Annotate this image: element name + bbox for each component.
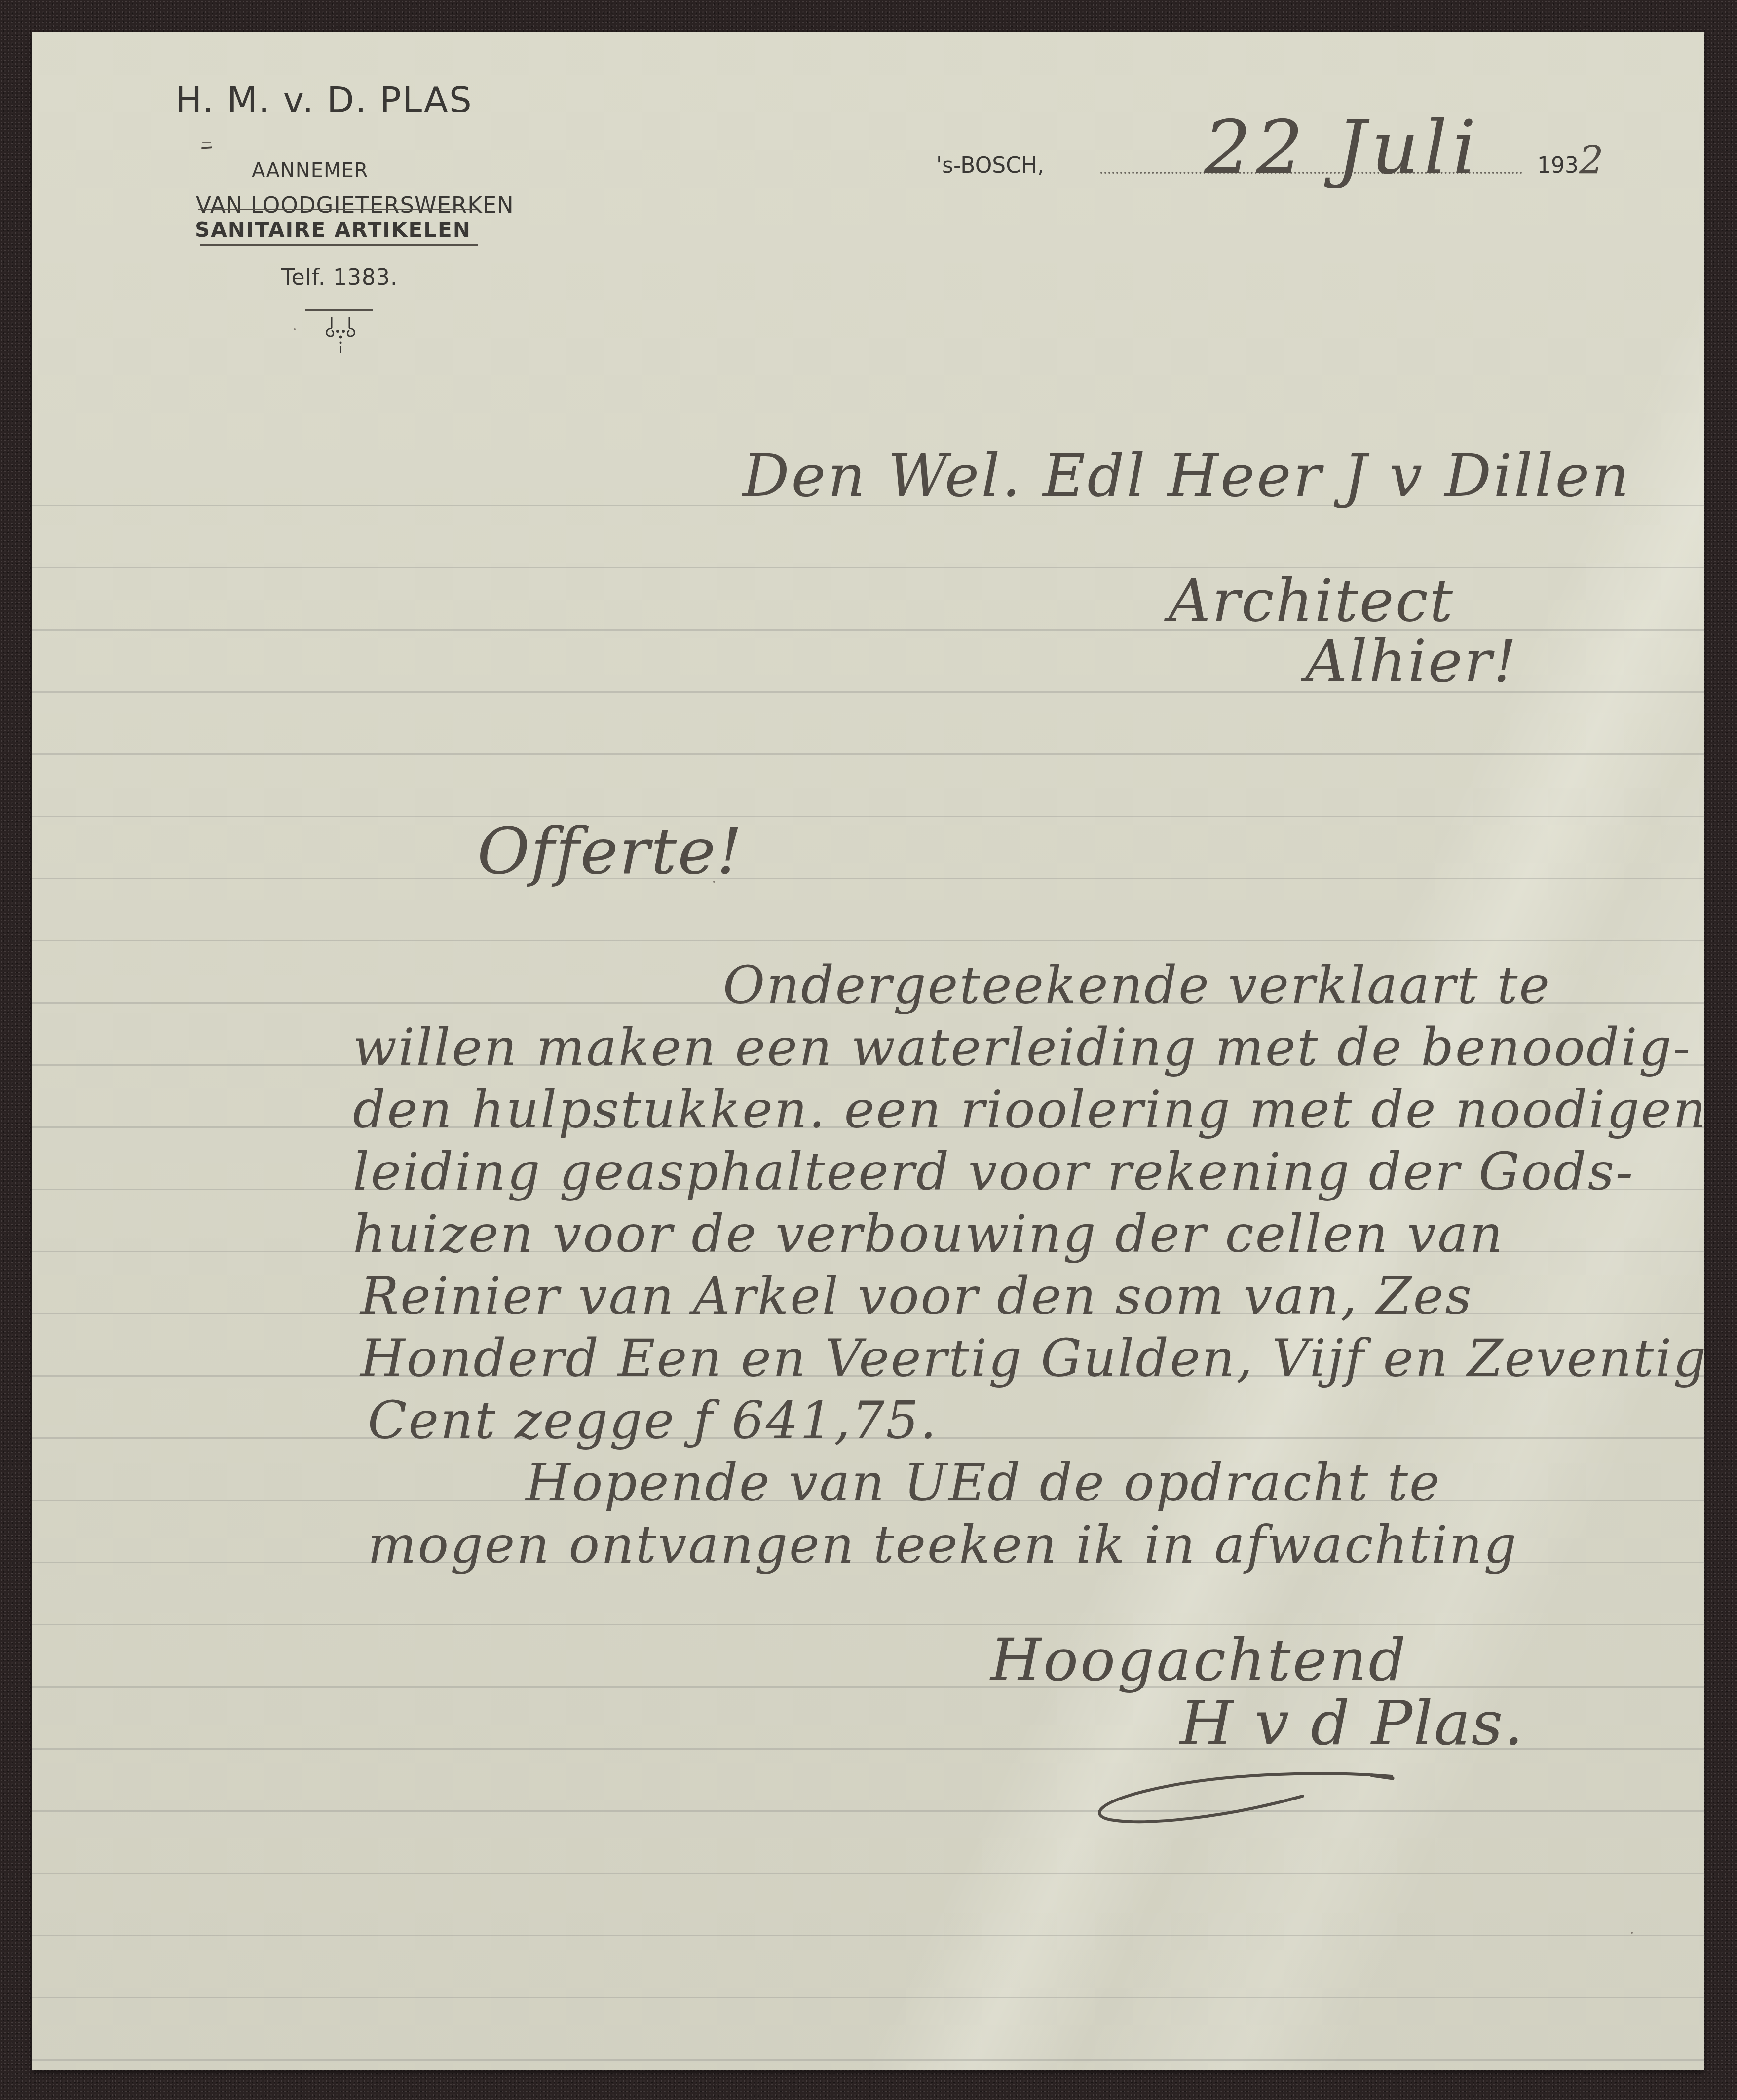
ruled-line: [32, 940, 1704, 941]
dateline-year-handwritten: 2: [1579, 142, 1604, 180]
addressee-name: Den Wel. Edl Heer J v Dillen: [743, 447, 1631, 505]
body-line: leiding geasphalteerd voor rekening der …: [353, 1146, 1634, 1198]
ornament-rule: [305, 309, 373, 311]
handwritten-date: 22 Juli: [1204, 111, 1481, 185]
ruled-line: [32, 1624, 1704, 1625]
ruled-line: [32, 2059, 1704, 2061]
body-line: Ondergeteekende verklaart te: [723, 960, 1551, 1011]
body-line: Hopende van UEd de opdracht te: [526, 1457, 1441, 1508]
paper-speck: [294, 328, 296, 330]
letterhead-specialty: SANITAIRE ARTIKELEN: [195, 218, 471, 242]
ruled-line: [32, 1997, 1704, 1998]
body-line: huizen voor de verbouwing der cellen van: [353, 1208, 1504, 1260]
signature: H v d Plas.: [1180, 1693, 1524, 1754]
body-line: den hulpstukken. een rioolering met de n…: [353, 1084, 1704, 1135]
body-line: Cent zegge ƒ 641,75.: [368, 1395, 938, 1446]
paper-speck: [713, 881, 715, 883]
dateline-year-printed: 193: [1537, 153, 1579, 178]
body-line: willen maken een waterleiding met de ben…: [353, 1022, 1692, 1073]
letterhead-name: H. M. v. D. PLAS: [175, 79, 473, 120]
ruled-line: [32, 1810, 1704, 1812]
letter-subject: Offerte!: [477, 819, 743, 883]
letterhead-rule-bottom: [200, 244, 478, 246]
letterhead-profession: AANNEMER: [252, 159, 369, 182]
ruled-line: [32, 878, 1704, 879]
ruled-line: [32, 1935, 1704, 1936]
body-line: Reinier van Arkel voor den som van, Zes: [360, 1271, 1473, 1322]
letterhead-phone: Telf. 1383.: [281, 265, 398, 290]
letter-sheet: H. M. v. D. PLAS AANNEMER VAN LOODGIETER…: [32, 32, 1704, 2070]
closing-salutation: Hoogachtend: [990, 1631, 1408, 1689]
body-line: Honderd Een en Veertig Gulden, Vijf en Z…: [360, 1333, 1704, 1384]
addressee-location: Alhier!: [1305, 632, 1518, 690]
letterhead-trade: VAN LOODGIETERSWERKEN: [196, 192, 514, 218]
letterhead-rule-top: [198, 209, 477, 210]
dateline-place: 's-BOSCH,: [936, 153, 1044, 178]
ruled-line: [32, 1873, 1704, 1874]
signature-flourish-icon: [1076, 1762, 1431, 1836]
paper-speck: [1631, 1932, 1633, 1934]
name-underline-mark: [201, 146, 212, 149]
name-underline-mark: [202, 142, 211, 143]
fleuron-ornament-icon: [321, 313, 360, 358]
ruled-line: [32, 753, 1704, 755]
ruled-line: [32, 1686, 1704, 1687]
addressee-title: Architect: [1169, 571, 1454, 630]
ruled-line: [32, 816, 1704, 817]
body-line: mogen ontvangen teeken ik in afwachting: [368, 1519, 1518, 1571]
